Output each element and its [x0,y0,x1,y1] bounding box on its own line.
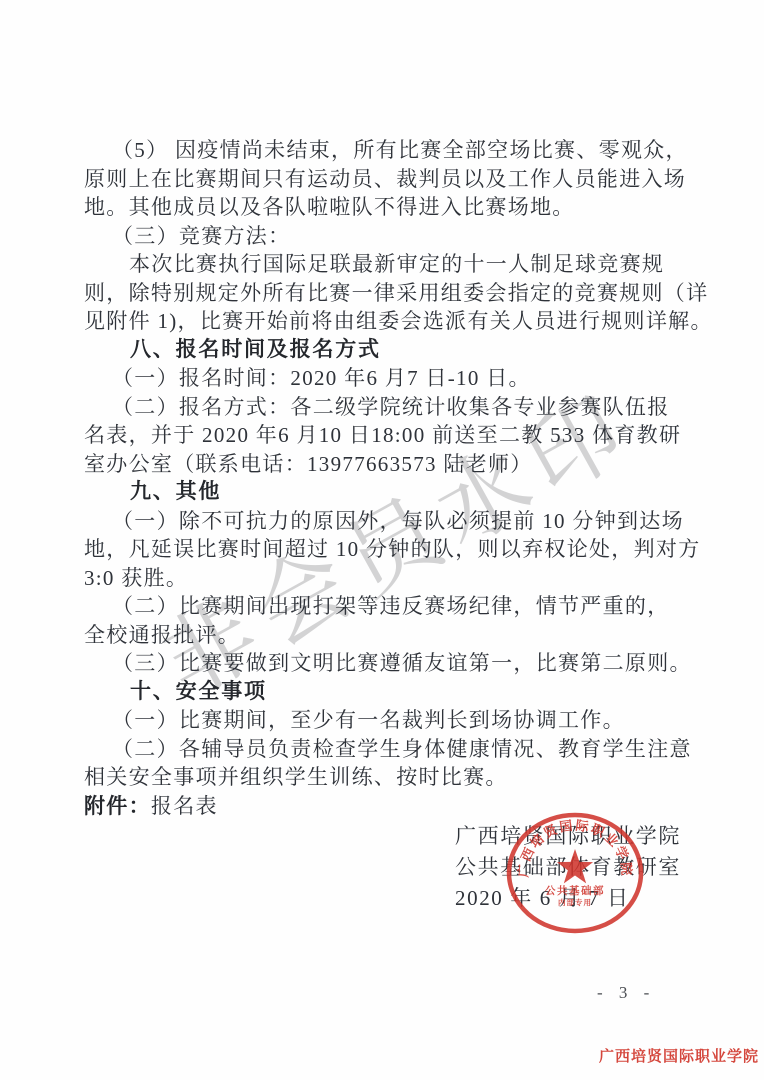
document-page: 非会员水印 （5） 因疫情尚未结束，所有比赛全部空场比赛、零观众，原则上在比赛期… [0,0,764,1080]
official-seal: 广西培贤国际职业学院 公共基础部 内部专用 [505,812,645,936]
text-line: （三）竞赛方法： [112,222,700,251]
footer-brand: 广西培贤国际职业学院 [599,1045,759,1066]
text-line: 3:0 获胜。 [84,564,700,593]
text-line: （二）报名方式：各二级学院统计收集各专业参赛队伍报 [112,393,700,422]
text-line: （一）除不可抗力的原因外，每队必须提前 10 分钟到达场 [112,507,700,536]
text-line: 名表，并于 2020 年6 月10 日18:00 前送至二教 533 体育教研 [84,421,700,450]
text-line: （三）比赛要做到文明比赛遵循友谊第一，比赛第二原则。 [112,649,700,678]
text-line: 本次比赛执行国际足联最新审定的十一人制足球竞赛规 [129,250,700,279]
text-line: （一）比赛期间，至少有一名裁判长到场协调工作。 [112,706,700,735]
text-line: 十、安全事项 [130,678,700,707]
text-line: 室办公室（联系电话：13977663573 陆老师） [84,450,700,479]
document-body: （5） 因疫情尚未结束，所有比赛全部空场比赛、零观众，原则上在比赛期间只有运动员… [84,136,700,820]
seal-dept-text: 公共基础部 [545,884,605,897]
text-line: （二）比赛期间出现打架等违反赛场纪律，情节严重的， [112,592,700,621]
text-line: 见附件 1)，比赛开始前将由组委会选派有关人员进行规则详解。 [84,307,700,336]
attachment-label: 附件： [84,795,151,818]
text-line: （一）报名时间：2020 年6 月7 日-10 日。 [112,364,700,393]
text-line: 全校通报批评。 [84,621,700,650]
text-line: 相关安全事项并组织学生训练、按时比赛。 [84,763,700,792]
text-line: 八、报名时间及报名方式 [130,336,700,365]
text-line: 原则上在比赛期间只有运动员、裁判员以及工作人员能进入场 [84,165,700,194]
page-number: - 3 - [597,983,655,1003]
text-line: 地，凡延误比赛时间超过 10 分钟的队，则以弃权论处，判对方 [84,535,700,564]
text-line: 地。其他成员以及各队啦啦队不得进入比赛场地。 [84,193,700,222]
seal-usage-text: 内部专用 [558,897,592,907]
text-line: 九、其他 [130,478,700,507]
text-line: 则，除特别规定外所有比赛一律采用组委会指定的竞赛规则（详 [84,279,700,308]
attachment-value: 报名表 [151,794,218,818]
text-line: （二）各辅导员负责检查学生身体健康情况、教育学生注意 [112,735,700,764]
seal-star-icon [557,849,593,883]
text-line: （5） 因疫情尚未结束，所有比赛全部空场比赛、零观众， [112,136,700,165]
